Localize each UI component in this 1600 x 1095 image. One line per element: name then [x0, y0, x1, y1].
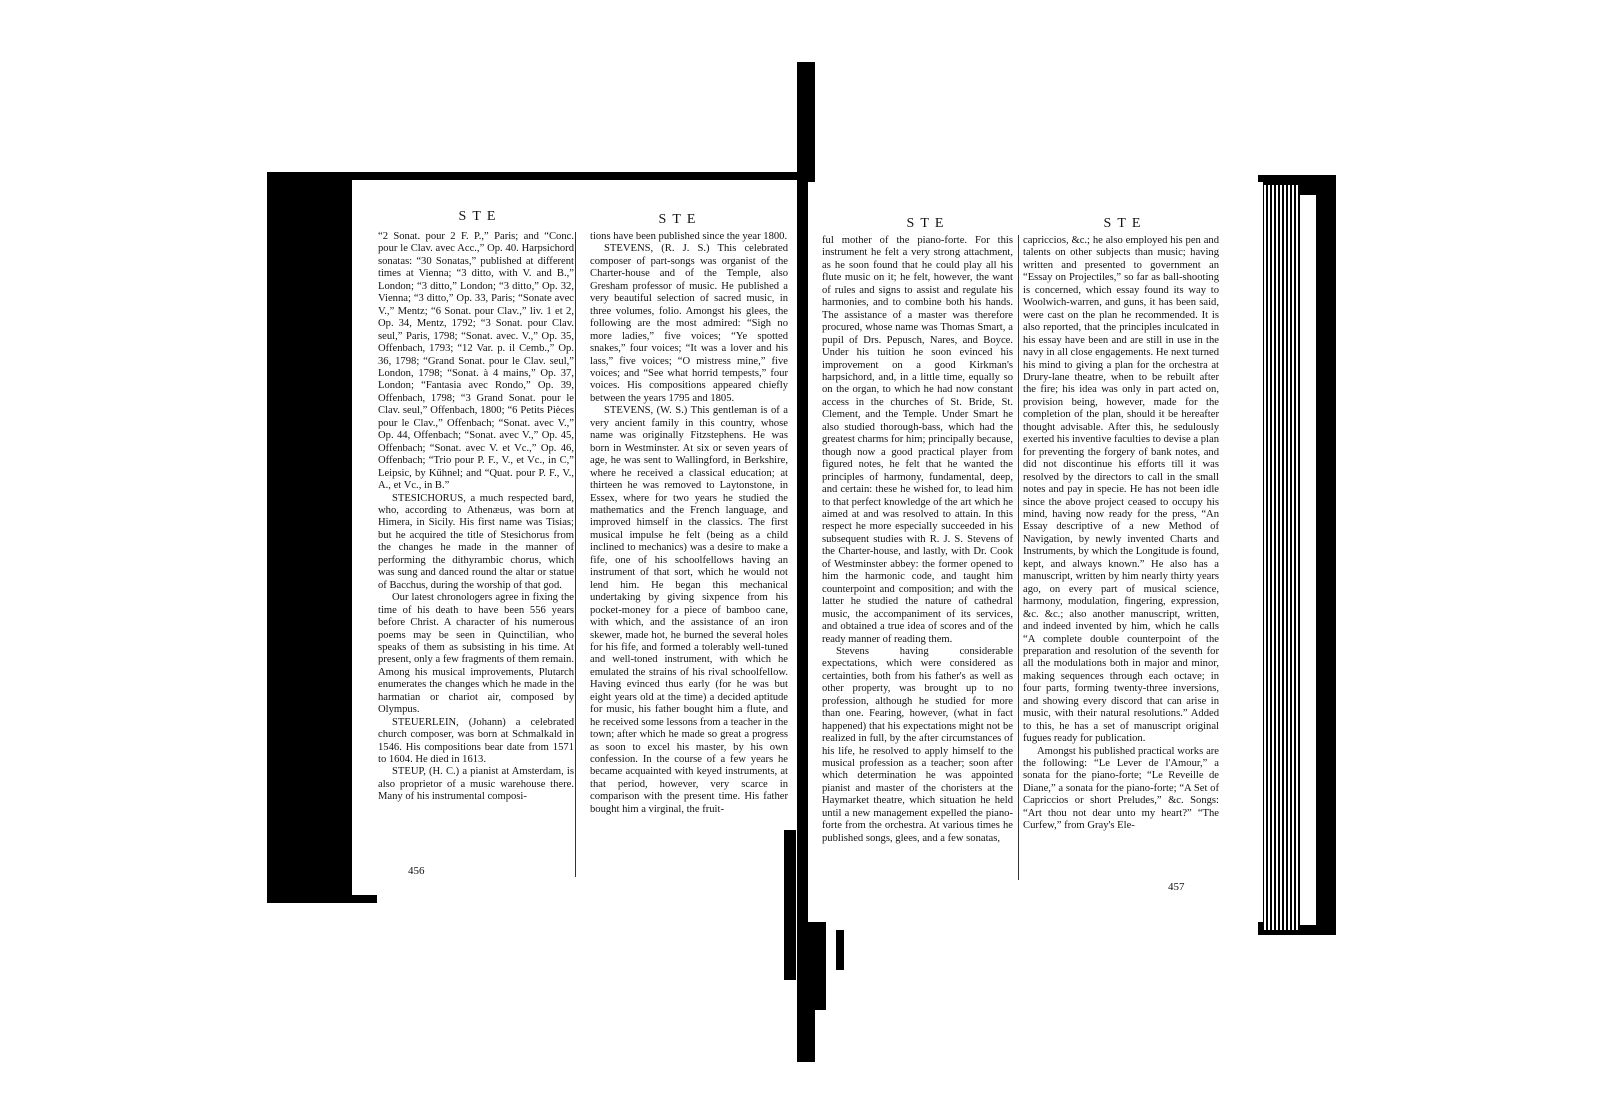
- paragraph: tions have been published since the year…: [590, 231, 788, 243]
- running-head: STE: [1085, 216, 1165, 232]
- book-spread: STE STE “2 Sonat. pour 2 F. P.,” Paris; …: [0, 0, 1600, 1095]
- entry-stesichorus: STESICHORUS, a much respected bard, who,…: [378, 493, 574, 593]
- running-head: STE: [640, 212, 720, 228]
- column-rule: [575, 232, 576, 877]
- paragraph: Our latest chronologers agree in fixing …: [378, 592, 574, 717]
- column-rule: [1018, 235, 1019, 880]
- left-page-column-2: tions have been published since the year…: [590, 231, 788, 816]
- right-page-edge-white: [1300, 195, 1316, 925]
- running-head: STE: [888, 216, 968, 232]
- entry-steuerlein: STEUERLEIN, (Johann) a celebrated church…: [378, 717, 574, 767]
- right-page-edges: [1262, 185, 1300, 930]
- right-page-column-2: capriccios, &c.; he also employed his pe…: [1023, 235, 1219, 833]
- paragraph: capriccios, &c.; he also employed his pe…: [1023, 235, 1219, 746]
- paragraph: Amongst his published practical works ar…: [1023, 746, 1219, 833]
- paragraph: Stevens having considerable expectations…: [822, 646, 1013, 845]
- running-head: STE: [440, 209, 520, 225]
- entry-steup: STEUP, (H. C.) a pianist at Amsterdam, i…: [378, 766, 574, 803]
- entry-stevens-rjs: STEVENS, (R. J. S.) This celebrated comp…: [590, 243, 788, 405]
- scan-artifact: [836, 930, 844, 970]
- left-page-column-1: “2 Sonat. pour 2 F. P.,” Paris; and “Con…: [378, 231, 574, 804]
- paragraph: “2 Sonat. pour 2 F. P.,” Paris; and “Con…: [378, 231, 574, 493]
- left-cover-edge: [267, 172, 359, 902]
- left-cover-bottom: [267, 895, 377, 903]
- page-number: 456: [408, 865, 425, 877]
- right-page-column-1: ful mother of the piano-forte. For this …: [822, 235, 1013, 845]
- paragraph: ful mother of the piano-forte. For this …: [822, 235, 1013, 646]
- scan-artifact: [784, 830, 796, 980]
- entry-stevens-ws: STEVENS, (W. S.) This gentleman is of a …: [590, 405, 788, 816]
- page-number: 457: [1168, 881, 1185, 893]
